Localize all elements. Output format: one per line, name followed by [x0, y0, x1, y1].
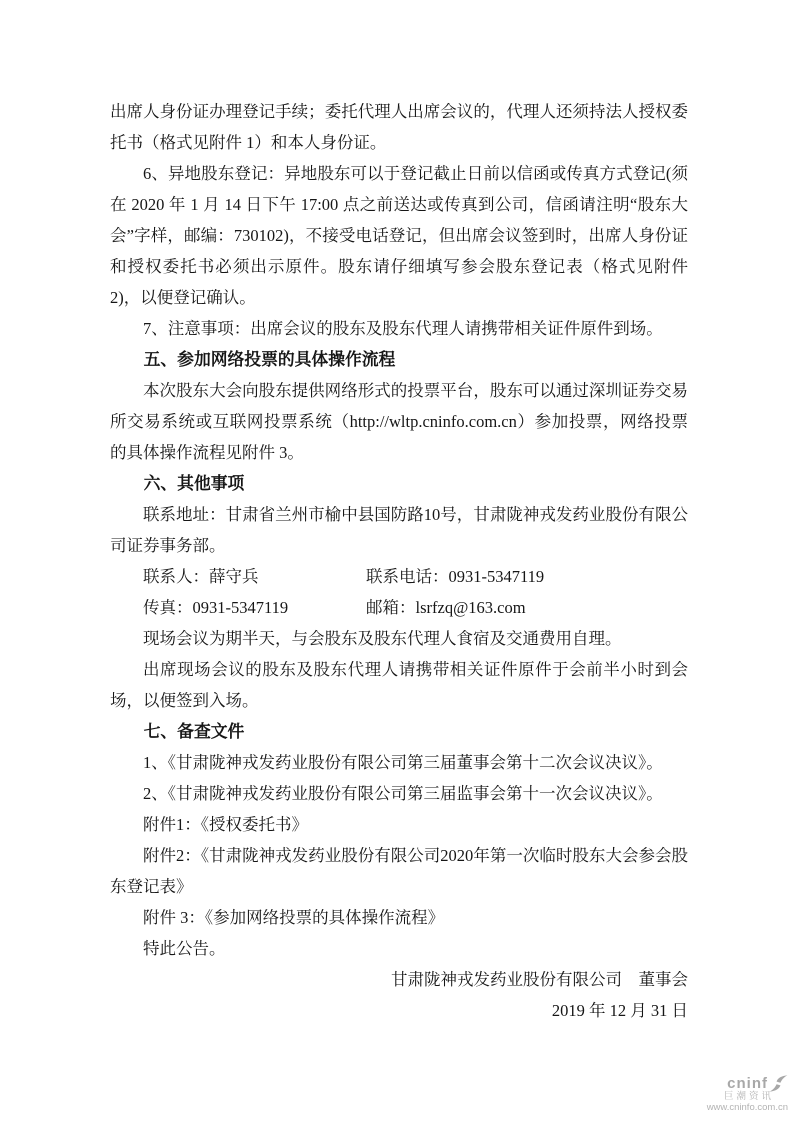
paragraph-contact-address: 联系地址：甘肃省兰州市榆中县国防路10号，甘肃陇神戎发药业股份有限公司证券事务部…	[110, 499, 688, 561]
contact-row-person-phone: 联系人：薛守兵 联系电话：0931-5347119	[110, 561, 688, 592]
heading-section-6-other-matters: 六、其他事项	[110, 468, 688, 499]
closing-statement: 特此公告。	[110, 933, 688, 964]
attachment-1-proxy-form: 附件1：《授权委托书》	[110, 809, 688, 840]
heading-section-7-reference-documents: 七、备查文件	[110, 716, 688, 747]
paragraph-online-voting-platform: 本次股东大会向股东提供网络形式的投票平台，股东可以通过深圳证券交易所交易系统或互…	[110, 375, 688, 468]
paragraph-remote-shareholder-registration: 6、异地股东登记：异地股东可以于登记截止日前以信函或传真方式登记(须在 2020…	[110, 158, 688, 313]
cninfo-watermark: cninf 巨潮资讯 www.cninfo.com.cn	[707, 1075, 788, 1114]
reference-doc-supervisory-resolution: 2、《甘肃陇神戎发药业股份有限公司第三届监事会第十一次会议决议》。	[110, 778, 688, 809]
contact-email: 邮箱：lsrfzq@163.com	[366, 592, 688, 623]
attachment-2-registration-form: 附件2：《甘肃陇神戎发药业股份有限公司2020年第一次临时股东大会参会股东登记表…	[110, 840, 688, 902]
paragraph-meeting-duration: 现场会议为期半天，与会股东及股东代理人食宿及交通费用自理。	[110, 623, 688, 654]
paragraph-attention-notes: 7、注意事项：出席会议的股东及股东代理人请携带相关证件原件到场。	[110, 313, 688, 344]
signature-line: 甘肃陇神戎发药业股份有限公司 董事会	[110, 964, 688, 995]
paragraph-registration-continued: 出席人身份证办理登记手续；委托代理人出席会议的，代理人还须持法人授权委托书（格式…	[110, 96, 688, 158]
attachment-3-voting-procedure: 附件 3：《参加网络投票的具体操作流程》	[110, 902, 688, 933]
cninfo-swirl-icon	[769, 1075, 788, 1092]
reference-doc-board-resolution: 1、《甘肃陇神戎发药业股份有限公司第三届董事会第十二次会议决议》。	[110, 747, 688, 778]
heading-section-5-online-voting: 五、参加网络投票的具体操作流程	[110, 344, 688, 375]
paragraph-attendance-instruction: 出席现场会议的股东及股东代理人请携带相关证件原件于会前半小时到会场，以便签到入场…	[110, 654, 688, 716]
contact-row-fax-email: 传真：0931-5347119 邮箱：lsrfzq@163.com	[110, 592, 688, 623]
cninfo-brand-row: cninf	[707, 1075, 788, 1092]
date-line: 2019 年 12 月 31 日	[110, 995, 688, 1026]
contact-fax: 传真：0931-5347119	[143, 592, 366, 623]
document-page: 出席人身份证办理登记手续；委托代理人出席会议的，代理人还须持法人授权委托书（格式…	[110, 96, 688, 1026]
cninfo-url: www.cninfo.com.cn	[707, 1103, 788, 1114]
contact-person: 联系人：薛守兵	[143, 561, 366, 592]
contact-phone: 联系电话：0931-5347119	[366, 561, 688, 592]
cninfo-brand-text: cninf	[727, 1075, 768, 1092]
